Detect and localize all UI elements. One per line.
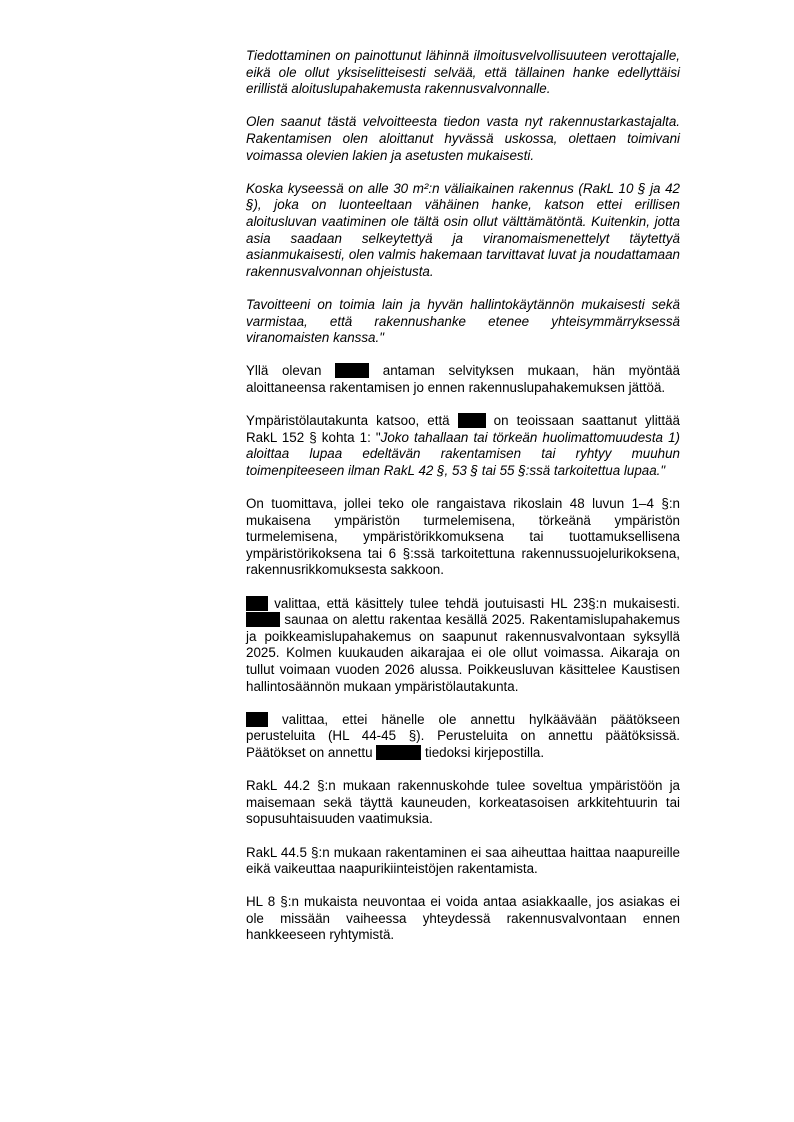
- paragraph-justification-text-b: tiedoksi kirjepostilla.: [421, 745, 544, 760]
- paragraph-penalty: On tuomittava, jollei teko ole rangaista…: [246, 496, 680, 579]
- redacted-date: [376, 745, 421, 760]
- redacted-name: [335, 363, 369, 378]
- redacted-name: [458, 413, 486, 428]
- paragraph-justification: valittaa, ettei hänelle ole annettu hylk…: [246, 712, 680, 762]
- redacted-name: [246, 612, 280, 627]
- paragraph-processing-time: valittaa, että käsittely tulee tehdä jou…: [246, 596, 680, 696]
- paragraph-admission: Yllä olevan antaman selvityksen mukaan, …: [246, 363, 680, 396]
- paragraph-board-view-text-a: Ympäristölautakunta katsoo, että: [246, 413, 458, 428]
- quoted-paragraph-temporary-building: Koska kyseessä on alle 30 m²:n väliaikai…: [246, 181, 680, 281]
- paragraph-rakl-44-2: RakL 44.2 §:n mukaan rakennuskohde tulee…: [246, 778, 680, 828]
- quoted-paragraph-notification: Tiedottaminen on painottunut lähinnä ilm…: [246, 48, 680, 98]
- redacted-name: [246, 712, 268, 727]
- paragraph-board-view: Ympäristölautakunta katsoo, että on teoi…: [246, 413, 680, 479]
- document-page: Tiedottaminen on painottunut lähinnä ilm…: [246, 48, 680, 961]
- paragraph-admission-text-a: Yllä olevan: [246, 363, 335, 378]
- paragraph-processing-time-text-a: valittaa, että käsittely tulee tehdä jou…: [268, 596, 680, 611]
- paragraph-processing-time-text-b: saunaa on alettu rakentaa kesällä 2025. …: [246, 612, 680, 693]
- paragraph-hl-8: HL 8 §:n mukaista neuvontaa ei voida ant…: [246, 894, 680, 944]
- paragraph-rakl-44-5: RakL 44.5 §:n mukaan rakentaminen ei saa…: [246, 845, 680, 878]
- quoted-paragraph-goal: Tavoitteeni on toimia lain ja hyvän hall…: [246, 297, 680, 347]
- redacted-name: [246, 596, 268, 611]
- quoted-paragraph-good-faith: Olen saanut tästä velvoitteesta tiedon v…: [246, 114, 680, 164]
